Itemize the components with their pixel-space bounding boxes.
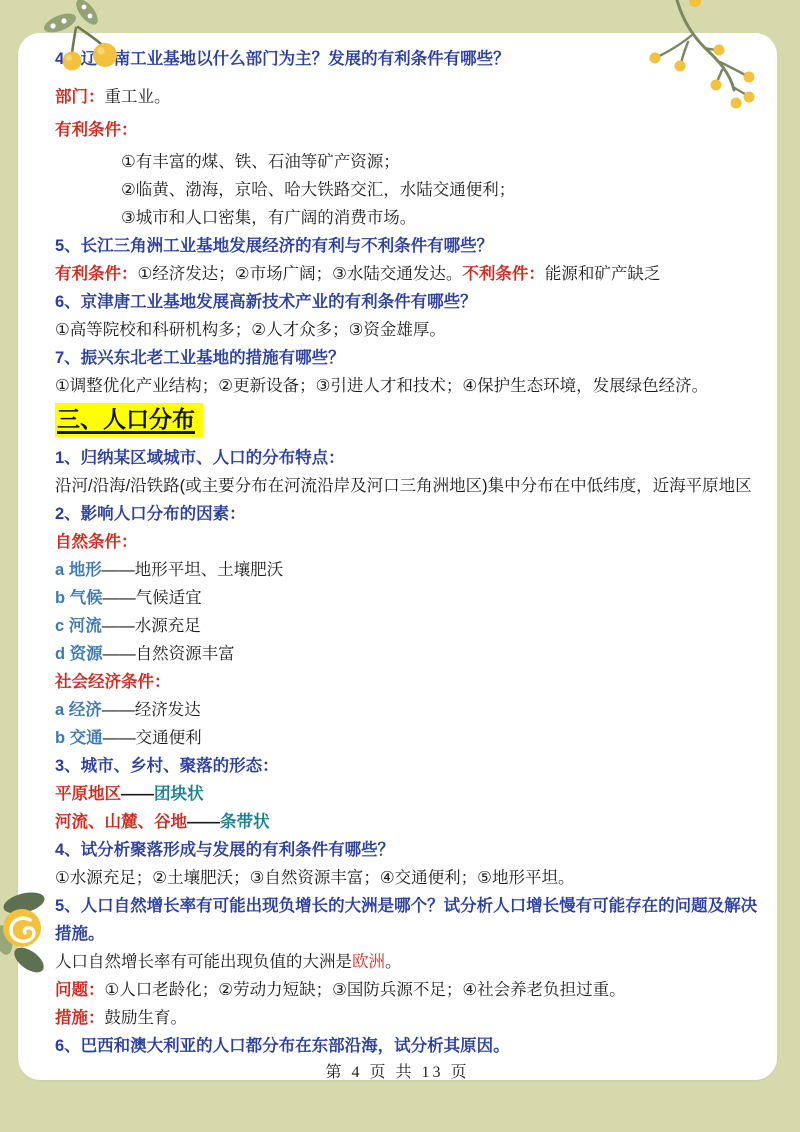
- notes-card: 4、辽中南工业基地以什么部门为主？发展的有利条件有哪些？部门：重工业。有利条件：…: [18, 33, 777, 1080]
- text-line: ②临黄、渤海，京哈、哈大铁路交汇，水陆交通便利；: [55, 176, 751, 204]
- text-segment: ①有丰富的煤、铁、石油等矿产资源；: [121, 153, 400, 171]
- text-segment: c 河流: [55, 617, 102, 635]
- text-segment: b 气候: [55, 589, 103, 607]
- text-line: ①高等院校和科研机构多；②人才众多；③资金雄厚。: [55, 316, 751, 344]
- text-segment: 4、试分析聚落形成与发展的有利条件有哪些？: [55, 841, 394, 859]
- text-line: ③城市和人口密集，有广阔的消费市场。: [55, 204, 751, 232]
- text-segment: a 经济: [55, 701, 102, 719]
- text-line: ①调整优化产业结构；②更新设备；③引进人才和技术；④保护生态环境，发展绿色经济。: [55, 372, 751, 400]
- text-segment: ——经济发达: [102, 701, 201, 719]
- text-line: 有利条件：①经济发达；②市场广阔；③水陆交通发达。不利条件：能源和矿产缺乏: [55, 260, 751, 288]
- text-segment: ——: [187, 813, 220, 831]
- text-segment: ①经济发达；②市场广阔；③水陆交通发达。: [138, 265, 463, 283]
- page-background: 4、辽中南工业基地以什么部门为主？发展的有利条件有哪些？部门：重工业。有利条件：…: [0, 0, 800, 1132]
- text-segment: 1、归纳某区域城市、人口的分布特点：: [55, 449, 345, 467]
- text-line: 河流、山麓、谷地——条带状: [55, 808, 751, 836]
- question-line: 4、试分析聚落形成与发展的有利条件有哪些？: [55, 836, 751, 864]
- text-line: 自然条件：: [55, 528, 751, 556]
- text-segment: d 资源: [55, 645, 103, 663]
- text-segment: ②临黄、渤海，京哈、哈大铁路交汇，水陆交通便利；: [121, 181, 515, 199]
- text-segment: 平原地区: [55, 785, 121, 803]
- text-segment: 重工业。: [105, 88, 171, 106]
- text-segment: a 地形: [55, 561, 102, 579]
- text-line: 人口自然增长率有可能出现负值的大洲是欧洲。: [55, 948, 751, 976]
- text-segment: 沿河/沿海/沿铁路(或主要分布在河流沿岸及河口三角洲地区)集中分布在中低纬度，近…: [55, 477, 752, 495]
- text-line: c 河流——水源充足: [55, 612, 751, 640]
- text-segment: 不利条件：: [462, 265, 545, 283]
- text-segment: 团块状: [154, 785, 204, 803]
- text-line: a 地形——地形平坦、土壤肥沃: [55, 556, 751, 584]
- text-line: 措施：鼓励生育。: [55, 1004, 751, 1032]
- text-segment: ——水源充足: [102, 617, 201, 635]
- text-segment: 社会经济条件：: [55, 673, 171, 691]
- question-line: 6、京津唐工业基地发展高新技术产业的有利条件有哪些？: [55, 288, 751, 316]
- text-line: a 经济——经济发达: [55, 696, 751, 724]
- text-segment: 5、长江三角洲工业基地发展经济的有利与不利条件有哪些？: [55, 237, 493, 255]
- text-segment: 人口自然增长率有可能出现负值的大洲是: [55, 953, 352, 971]
- text-line: 问题：①人口老龄化；②劳动力短缺；③国防兵源不足；④社会养老负担过重。: [55, 976, 751, 1004]
- text-segment: ①人口老龄化；②劳动力短缺；③国防兵源不足；④社会养老负担过重。: [105, 981, 626, 999]
- text-line: d 资源——自然资源丰富: [55, 640, 751, 668]
- text-segment: 鼓励生育。: [105, 1009, 188, 1027]
- text-line: 沿河/沿海/沿铁路(或主要分布在河流沿岸及河口三角洲地区)集中分布在中低纬度，近…: [55, 472, 751, 500]
- text-segment: 措施。: [55, 925, 105, 943]
- question-line: 7、振兴东北老工业基地的措施有哪些？: [55, 344, 751, 372]
- text-segment: ①调整优化产业结构；②更新设备；③引进人才和技术；④保护生态环境，发展绿色经济。: [55, 377, 708, 395]
- text-line: 社会经济条件：: [55, 668, 751, 696]
- text-line: 有利条件：: [55, 116, 751, 144]
- text-segment: ——交通便利: [103, 729, 202, 747]
- text-segment: 欧洲: [352, 953, 385, 971]
- text-line: 部门：重工业。: [55, 83, 751, 111]
- text-segment: 有利条件：: [55, 265, 138, 283]
- text-line: b 交通——交通便利: [55, 724, 751, 752]
- text-segment: 6、京津唐工业基地发展高新技术产业的有利条件有哪些？: [55, 293, 477, 311]
- text-segment: 4、辽中南工业基地以什么部门为主？发展的有利条件有哪些？: [55, 50, 510, 68]
- text-segment: 2、影响人口分布的因素：: [55, 505, 246, 523]
- text-segment: ——气候适宜: [103, 589, 202, 607]
- question-line: 2、影响人口分布的因素：: [55, 500, 751, 528]
- text-segment: ①高等院校和科研机构多；②人才众多；③资金雄厚。: [55, 321, 446, 339]
- page-footer: 第 4 页 共 13 页: [18, 1059, 777, 1082]
- question-line: 6、巴西和澳大利亚的人口都分布在东部沿海，试分析其原因。: [55, 1032, 751, 1060]
- text-segment: 3、城市、乡村、聚落的形态：: [55, 757, 279, 775]
- text-segment: ③城市和人口密集，有广阔的消费市场。: [121, 209, 416, 227]
- text-segment: 5、人口自然增长率有可能出现负增长的大洲是哪个？试分析人口增长慢有可能存在的问题…: [55, 897, 757, 915]
- text-segment: 7、振兴东北老工业基地的措施有哪些？: [55, 349, 345, 367]
- text-line: ①有丰富的煤、铁、石油等矿产资源；: [55, 148, 751, 176]
- text-segment: ——地形平坦、土壤肥沃: [102, 561, 284, 579]
- text-segment: ——: [121, 785, 154, 803]
- text-segment: b 交通: [55, 729, 103, 747]
- text-segment: ①水源充足；②土壤肥沃；③自然资源丰富；④交通便利；⑤地形平坦。: [55, 869, 574, 887]
- text-segment: 。: [385, 953, 402, 971]
- text-segment: 部门：: [55, 88, 105, 106]
- section-title: 三、人口分布: [55, 402, 751, 442]
- text-line: 平原地区——团块状: [55, 780, 751, 808]
- section-title-text: 三、人口分布: [55, 403, 203, 437]
- text-segment: ——自然资源丰富: [103, 645, 235, 663]
- question-line: 措施。: [55, 920, 751, 948]
- question-line: 4、辽中南工业基地以什么部门为主？发展的有利条件有哪些？: [55, 45, 751, 73]
- question-line: 5、长江三角洲工业基地发展经济的有利与不利条件有哪些？: [55, 232, 751, 260]
- question-line: 5、人口自然增长率有可能出现负增长的大洲是哪个？试分析人口增长慢有可能存在的问题…: [55, 892, 751, 920]
- text-segment: 问题：: [55, 981, 105, 999]
- text-segment: 有利条件：: [55, 121, 138, 139]
- question-line: 1、归纳某区域城市、人口的分布特点：: [55, 444, 751, 472]
- text-segment: 河流、山麓、谷地: [55, 813, 187, 831]
- content-lines: 4、辽中南工业基地以什么部门为主？发展的有利条件有哪些？部门：重工业。有利条件：…: [55, 45, 751, 1060]
- text-segment: 6、巴西和澳大利亚的人口都分布在东部沿海，试分析其原因。: [55, 1037, 510, 1055]
- text-segment: 能源和矿产缺乏: [545, 265, 661, 283]
- question-line: 3、城市、乡村、聚落的形态：: [55, 752, 751, 780]
- text-line: ①水源充足；②土壤肥沃；③自然资源丰富；④交通便利；⑤地形平坦。: [55, 864, 751, 892]
- text-segment: 自然条件：: [55, 533, 138, 551]
- text-segment: 措施：: [55, 1009, 105, 1027]
- text-line: b 气候——气候适宜: [55, 584, 751, 612]
- text-segment: 条带状: [220, 813, 270, 831]
